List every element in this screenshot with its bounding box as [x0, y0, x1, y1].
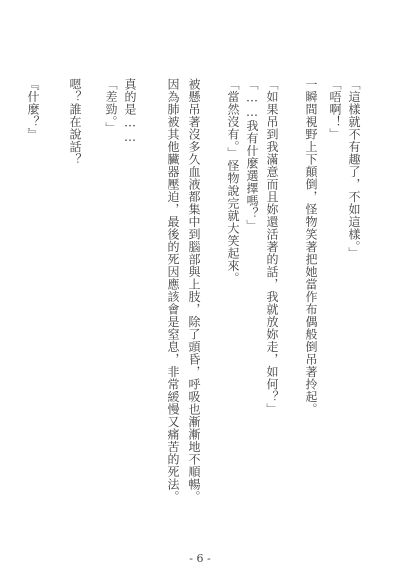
text-column: 一瞬間視野上下顛倒，怪物笑著把她當作布偶般倒吊著拎起。	[304, 78, 318, 416]
text-column: 真的是……	[123, 78, 137, 145]
text-column: 「如果吊到我滿意而且妳還活著的話，我就放妳走，如何？」	[265, 78, 279, 416]
text-column: 「這樣就不有趣了，不如這樣。」	[347, 78, 361, 260]
text-column: 「……我有什麼選擇嗎？」	[245, 78, 259, 232]
text-column: 因為肺被其他臟器壓迫，最後的死因應該會是窒息，非常緩慢又痛苦的死法。	[166, 78, 180, 503]
text-column: 被懸吊著沒多久血液都集中到腦部與上肢，除了頭昏，呼吸也漸漸地不順暢。	[187, 78, 201, 503]
text-column: 『什麼？』	[26, 78, 40, 141]
text-column: 嗯？誰在說話？	[68, 78, 82, 166]
book-page: 「這樣就不有趣了，不如這樣。」 「唔啊！」 一瞬間視野上下顛倒，怪物笑著把她當作…	[0, 0, 400, 581]
text-column: 「當然沒有。」怪物說完就大笑起來。	[226, 78, 240, 285]
page-number: - 6 -	[0, 552, 400, 565]
text-column: 「差勁。」	[104, 78, 118, 135]
text-column: 「唔啊！」	[328, 78, 342, 141]
